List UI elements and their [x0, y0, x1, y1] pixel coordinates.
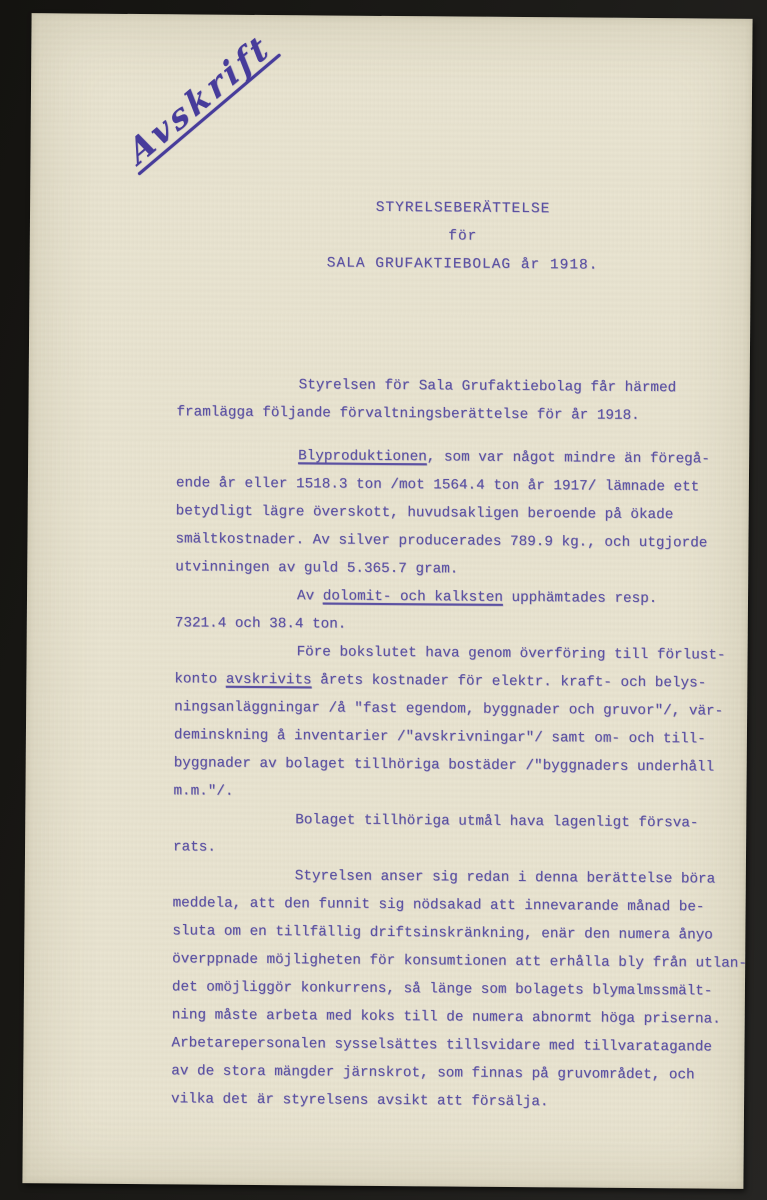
paragraph-dolomite: Av dolomit- och kalksten upphämtades res… — [175, 581, 750, 642]
underlined-term-blyproduktionen: Blyproduktionen — [298, 448, 427, 465]
paragraph-writeoffs-text: årets kostnader för elektr. kraft- och b… — [173, 672, 723, 799]
paragraph-claims: Bolaget tillhöriga utmål hava lagenligt … — [173, 805, 748, 866]
paragraph-claims-text: Bolaget tillhöriga utmål hava lagenligt … — [173, 812, 699, 855]
paragraph-intro: Styrelsen för Sala Grufaktiebolag får hä… — [176, 370, 751, 431]
title-line-1: STYRELSEBERÄTTELSE — [178, 192, 748, 224]
underlined-term-dolomit-kalksten: dolomit- och kalksten — [323, 588, 503, 605]
paragraph-lead-production-text: , som var något mindre än föregå- ende å… — [175, 449, 710, 577]
paragraph-operations: Styrelsen anser sig redan i denna berätt… — [171, 861, 748, 1118]
scanned-document-background: { "annotation": { "handwritten_note": "A… — [0, 0, 767, 1200]
paragraph-dolomite-pre: Av — [297, 588, 323, 604]
title-line-3: SALA GRUFAKTIEBOLAG år 1918. — [178, 248, 748, 280]
paragraph-lead-production: Blyproduktionen, som var något mindre än… — [175, 441, 751, 586]
title-line-2: för — [178, 220, 748, 252]
paragraph-operations-text: Styrelsen anser sig redan i denna berätt… — [171, 868, 747, 1110]
paragraph-writeoffs: Före bokslutet hava genom överföring til… — [173, 637, 749, 810]
underlined-term-avskrivits: avskrivits — [226, 672, 312, 689]
document-body: Styrelsen för Sala Grufaktiebolag får hä… — [171, 370, 752, 1117]
paragraph-intro-text: Styrelsen för Sala Grufaktiebolag får hä… — [176, 377, 676, 424]
document-page: Avskrift STYRELSEBERÄTTELSE för SALA GRU… — [22, 13, 752, 1189]
document-title: STYRELSEBERÄTTELSE för SALA GRUFAKTIEBOL… — [178, 192, 749, 280]
handwritten-note-avskrift: Avskrift — [111, 9, 277, 172]
